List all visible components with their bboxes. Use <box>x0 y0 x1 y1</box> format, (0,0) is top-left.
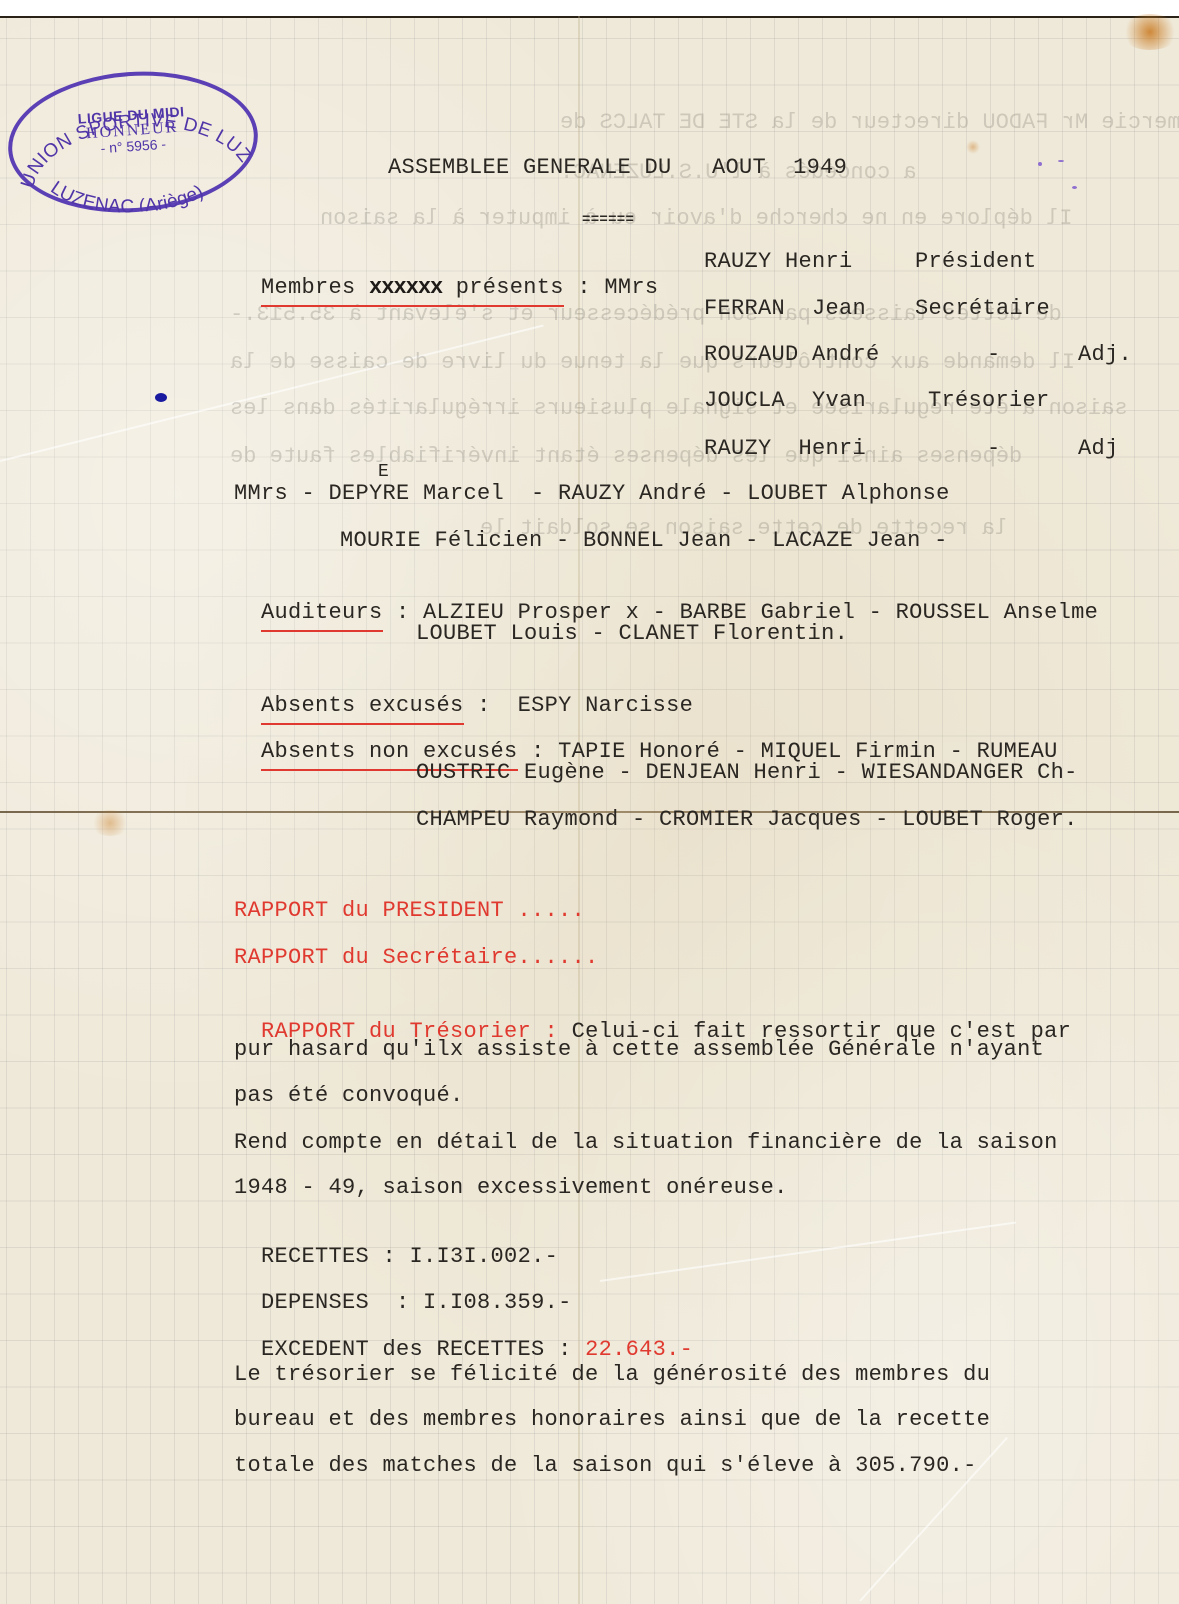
report-text-line: Rend compte en détail de la situation fi… <box>234 1130 1058 1156</box>
member-name: RAUZY Henri <box>704 436 866 462</box>
rust-stain <box>90 810 130 836</box>
closing-line: totale des matches de la saison qui s'él… <box>234 1453 977 1479</box>
report-text-line: pas été convoqué. <box>234 1083 464 1109</box>
member-name: ROUZAUD André <box>704 342 880 368</box>
auditeurs-line: Auditeurs : ALZIEU Prosper x - BARBE Gab… <box>234 574 1098 626</box>
report-text-line: pur hasard qu'ilx assiste à cette assemb… <box>234 1037 1044 1063</box>
recettes-line: RECETTES : I.I3I.002.- <box>234 1218 558 1270</box>
absents-non-excuses-line: Absents non excusés : TAPIE Honoré - MIQ… <box>234 713 1058 765</box>
title-separator: ====== <box>582 207 634 233</box>
document-title: ASSEMBLEE GENERALE DU AOUT 1949 <box>388 155 847 181</box>
auditeurs-line: LOUBET Louis - CLANET Florentin. <box>416 621 848 647</box>
typed-correction: E <box>378 462 389 482</box>
members-present-heading: Membres xxxxxx présents : MMrs <box>234 249 672 301</box>
club-stamp: UNION SPORTIVE DE LUZENAC LUZENAC (Arièg… <box>3 63 262 220</box>
member-role: Trésorier <box>928 388 1050 414</box>
excedent-label: EXCEDENT des RECETTES : <box>261 1337 585 1362</box>
report-secretaire: RAPPORT du Secrétaire...... <box>234 945 599 971</box>
other-members-line: MMrs - DEPYRE Marcel - RAUZY André - LOU… <box>234 481 950 507</box>
show-through-text: Il déplore en ne cherche d'avoir eu à im… <box>320 206 1073 232</box>
report-text-line: 1948 - 49, saison excessivement onéreuse… <box>234 1175 788 1201</box>
absents-non-excuses-line: OUSTRIC Eugène - DENJEAN Henri - WIESAND… <box>416 760 1078 786</box>
member-name: FERRAN Jean <box>704 296 866 322</box>
ink-speck <box>1072 186 1077 189</box>
member-name: RAUZY Henri <box>704 249 853 274</box>
show-through-text: Remercie Mr FADOU directeur de la STE DE… <box>560 110 1179 136</box>
members-present-label: Membres xxxxxx présents <box>261 275 564 301</box>
member-role: Secrétaire <box>915 296 1050 322</box>
rust-stain <box>1120 14 1179 50</box>
ink-dot <box>155 393 167 402</box>
member-role-suffix: Adj. <box>1078 342 1132 368</box>
other-members-line: MOURIE Félicien - BONNEL Jean - LACAZE J… <box>340 528 948 554</box>
rust-stain <box>966 140 980 154</box>
absents-non-excuses-line: CHAMPEU Raymond - CROMIER Jacques - LOUB… <box>416 807 1078 833</box>
ink-speck <box>1038 162 1042 166</box>
depenses-line: DEPENSES : I.I08.359.- <box>234 1264 572 1316</box>
member-role: - <box>987 342 1001 368</box>
report-president: RAPPORT du PRESIDENT ..... <box>234 898 585 924</box>
closing-line: bureau et des membres honoraires ainsi q… <box>234 1407 990 1433</box>
excedent-line: EXCEDENT des RECETTES : 22.643.- <box>234 1311 693 1363</box>
absents-excuses-line: Absents excusés : ESPY Narcisse <box>234 667 693 719</box>
member-role: Président <box>915 249 1037 275</box>
auditeurs-label: Auditeurs <box>261 600 383 626</box>
member-name: JOUCLA Yvan <box>704 388 866 414</box>
excedent-value: 22.643.- <box>585 1337 693 1362</box>
closing-line: Le trésorier se félicité de la générosit… <box>234 1362 990 1388</box>
member-role-suffix: Adj <box>1078 436 1119 462</box>
show-through-text: Il demande aux contrôleurs que la tenue … <box>230 350 1075 376</box>
member-role: - <box>987 436 1001 462</box>
member-row: RAUZY Henri <box>704 249 853 275</box>
ink-speck <box>1058 160 1064 162</box>
show-through-text: dépenses ainsi que les dépenses étant in… <box>230 444 1022 470</box>
